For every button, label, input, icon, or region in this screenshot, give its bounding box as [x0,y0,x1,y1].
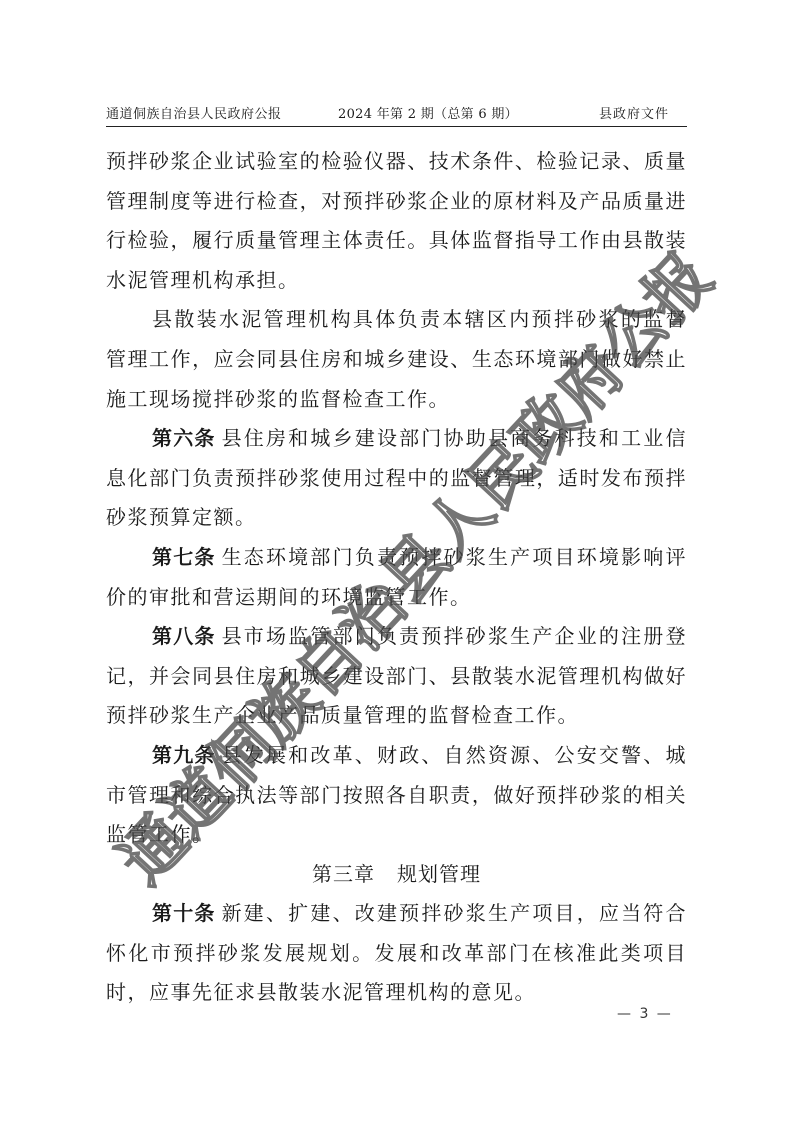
article-10: 第十条新建、扩建、改建预拌砂浆生产项目，应当符合怀化市预拌砂浆发展规划。发展和改… [106,894,687,1013]
article-7: 第七条生态环境部门负责预拌砂浆生产项目环境影响评价的审批和营运期间的环境监管工作… [106,538,687,617]
publication-name: 通道侗族自治县人民政府公报 [106,106,282,124]
chapter-title: 规划管理 [397,862,481,886]
issue-number: 2024 年第 2 期（总第 6 期） [338,106,518,124]
section-label: 县政府文件 [599,106,669,124]
article-9: 第九条县发展和改革、财政、自然资源、公安交警、城市管理和综合执法等部门按照各自职… [106,736,687,855]
paragraph: 县散装水泥管理机构具体负责本辖区内预拌砂浆的监督管理工作，应会同县住房和城乡建设… [106,300,687,419]
document-body: 预拌砂浆企业试验室的检验仪器、技术条件、检验记录、质量管理制度等进行检查，对预拌… [106,142,687,1013]
paragraph-continuation: 预拌砂浆企业试验室的检验仪器、技术条件、检验记录、质量管理制度等进行检查，对预拌… [106,142,687,300]
article-label: 第十条 [152,901,216,925]
page-number: — 3 — [617,1006,673,1022]
article-8: 第八条县市场监管部门负责预拌砂浆生产企业的注册登记，并会同县住房和城乡建设部门、… [106,617,687,736]
running-header: 通道侗族自治县人民政府公报 2024 年第 2 期（总第 6 期） 县政府文件 [106,106,687,127]
paragraph-text: 预拌砂浆企业试验室的检验仪器、技术条件、检验记录、质量管理制度等进行检查，对预拌… [106,149,687,292]
article-6: 第六条县住房和城乡建设部门协助县商务科技和工业信息化部门负责预拌砂浆使用过程中的… [106,419,687,538]
chapter-number: 第三章 [312,862,375,886]
article-label: 第八条 [152,624,216,648]
chapter-heading: 第三章规划管理 [106,855,687,895]
paragraph-text: 县散装水泥管理机构具体负责本辖区内预拌砂浆的监督管理工作，应会同县住房和城乡建设… [106,307,687,410]
article-label: 第六条 [152,426,216,450]
article-label: 第七条 [152,545,216,569]
article-label: 第九条 [152,743,216,767]
